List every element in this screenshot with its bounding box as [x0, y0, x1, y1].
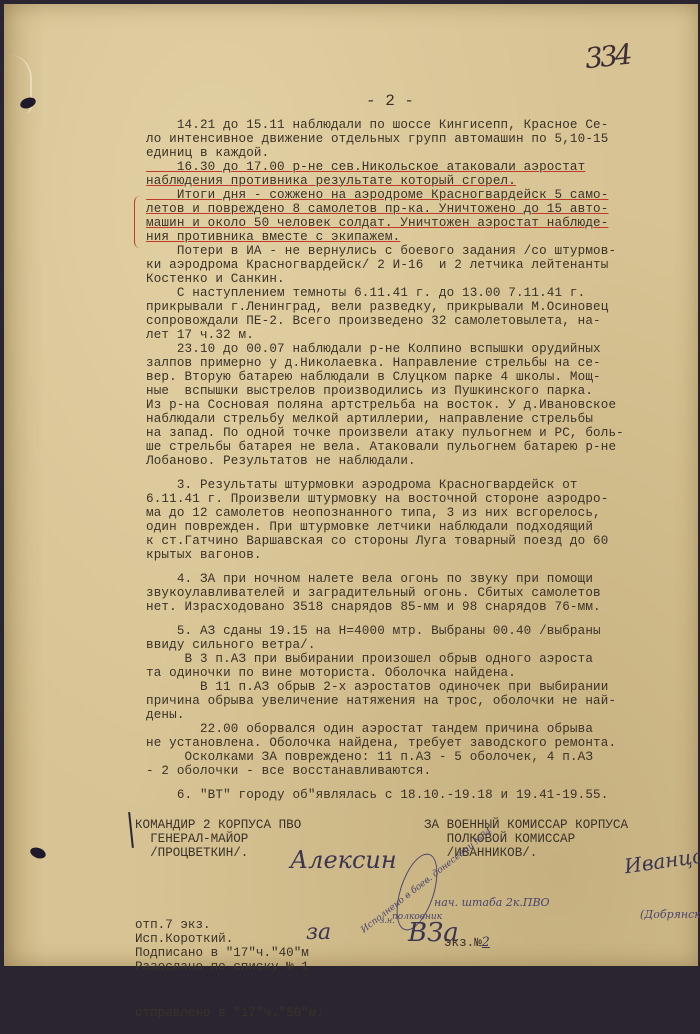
- text-line: 4. ЗА при ночном налете вела огонь по зв…: [146, 572, 694, 586]
- margin-mark: [134, 196, 143, 248]
- archive-page-number: 334: [583, 38, 631, 75]
- text-line: к ст.Гатчино Варшавская со стороны Луга …: [146, 534, 694, 548]
- report-paragraph: 23.10 до 00.07 наблюдали р-не Колпино вс…: [146, 342, 694, 468]
- report-paragraph: 4. ЗА при ночном налете вела огонь по зв…: [146, 572, 694, 614]
- text-line: ные вспышки выстрелов производились из П…: [146, 384, 694, 398]
- text-line: Итоги дня - сожжено на аэродроме Красног…: [146, 188, 694, 202]
- text-line: лет 17 ч.32 м.: [146, 328, 694, 342]
- text-line: вер. Вторую батарею наблюдали в Слуцком …: [146, 370, 694, 384]
- text-line: залпов примерно у д.Николаевка. Направле…: [146, 356, 694, 370]
- text-line: - 2 оболочки - все восстанавливаются.: [146, 764, 694, 778]
- text-line: нет. Израсходовано 3518 снарядов 85-мм и…: [146, 600, 694, 614]
- report-paragraph: Потери в ИА - не вернулись с боевого зад…: [146, 244, 694, 286]
- text-line: единиц в каждой.: [146, 146, 694, 160]
- text-line: та одиночки по вине моториста. Оболочка …: [146, 666, 694, 680]
- copy-number-value: 2: [482, 934, 490, 949]
- text-line: 5. АЗ сданы 19.15 на Н=4000 мтр. Выбраны…: [146, 624, 694, 638]
- text-line: Лобаново. Результатов не наблюдали.: [146, 454, 694, 468]
- footer-line: Исп.Короткий.: [135, 932, 324, 946]
- text-line: 22.00 оборвался один аэростат тандем при…: [146, 722, 694, 736]
- report-body: 14.21 до 15.11 наблюдали по шоссе Кингис…: [146, 118, 694, 802]
- report-paragraph: 3. Результаты штурмовки аэродрома Красно…: [146, 478, 694, 562]
- text-line: крытых вагонов.: [146, 548, 694, 562]
- copy-number: экз.№2: [444, 934, 490, 950]
- distribution-footer: отп.7 экз.Исп.Короткий.Подписано в "17"ч…: [135, 890, 324, 973]
- text-line: 14.21 до 15.11 наблюдали по шоссе Кингис…: [146, 118, 694, 132]
- text-line: не установлена. Оболочка найдена, требуе…: [146, 736, 694, 750]
- text-line: 3. Результаты штурмовки аэродрома Красно…: [146, 478, 694, 492]
- footer-line: отп.7 экз.: [135, 918, 324, 932]
- text-line: Потери в ИА - не вернулись с боевого зад…: [146, 244, 694, 258]
- footer-line: Подписано в "17"ч."40"м: [135, 946, 324, 960]
- report-paragraph: 22.00 оборвался один аэростат тандем при…: [146, 722, 694, 778]
- handwritten-signature-commander: Алексин: [290, 846, 397, 874]
- text-line: В 3 п.АЗ при выбирании произошел обрыв о…: [146, 652, 694, 666]
- text-line: наблюдали стрельбу мелкой артиллерии, на…: [146, 412, 694, 426]
- text-line: ввиду сильного ветра/.: [146, 638, 694, 652]
- commander-signature-block: КОМАНДИР 2 КОРПУСА ПВО ГЕНЕРАЛ-МАЙОР /ПР…: [135, 818, 301, 860]
- text-line: Из р-на Сосновая поляна артстрельба на в…: [146, 398, 694, 412]
- text-line: ло интенсивное движение отдельных групп …: [146, 132, 694, 146]
- footer-line: Разослано по списку № 1: [135, 960, 324, 973]
- handwritten-chief-of-staff-note: нач. штаба 2к.ПВО: [434, 896, 550, 909]
- text-line: 23.10 до 00.07 наблюдали р-не Колпино вс…: [146, 342, 694, 356]
- text-line: Осколками ЗА повреждено: 11 п.АЗ - 5 обо…: [146, 750, 694, 764]
- text-line: ния противника вместе с экипажем.: [146, 230, 694, 244]
- signature-line: ПОЛКОВОЙ КОМИССАР: [424, 832, 628, 846]
- text-line: С наступлением темноты 6.11.41 г. до 13.…: [146, 286, 694, 300]
- text-line: Костенко и Санкин.: [146, 272, 694, 286]
- signature-line: ЗА ВОЕННЫЙ КОМИССАР КОРПУСА: [424, 818, 628, 832]
- report-paragraph: С наступлением темноты 6.11.41 г. до 13.…: [146, 286, 694, 342]
- report-paragraph: 14.21 до 15.11 наблюдали по шоссе Кингис…: [146, 118, 694, 160]
- text-line: летов и повреждено 8 самолетов пр-ка. Ун…: [146, 202, 694, 216]
- text-line: В 11 п.АЗ обрыв 2-х аэростатов одиночек …: [146, 680, 694, 694]
- text-line: ше стрельбы батарея не вела. Атаковали п…: [146, 440, 694, 454]
- text-line: дены.: [146, 708, 694, 722]
- text-line: звукоулавливателей и заградительный огон…: [146, 586, 694, 600]
- page-number: - 2 -: [366, 92, 414, 110]
- report-paragraph: 5. АЗ сданы 19.15 на Н=4000 мтр. Выбраны…: [146, 624, 694, 722]
- handwritten-small-note: з.н.: [380, 916, 395, 925]
- text-line: наблюдения противника результате который…: [146, 174, 694, 188]
- text-line: причина обрыва увеличение натяжения на т…: [146, 694, 694, 708]
- text-line: ки аэродрома Красногвардейск/ 2 И-16 и 2…: [146, 258, 694, 272]
- text-line: 6.11.41 г. Произвели штурмовку на восточ…: [146, 492, 694, 506]
- text-line: на запад. По одной точке произвели атаку…: [146, 426, 694, 440]
- text-line: прикрывали г.Ленинград, вели разведку, п…: [146, 300, 694, 314]
- signature-line: /ПРОЦВЕТКИН/.: [135, 846, 301, 860]
- binding-hole: [29, 846, 47, 861]
- text-line: машин и около 50 человек солдат. Уничтож…: [146, 216, 694, 230]
- report-paragraph: Итоги дня - сожжено на аэродроме Красног…: [146, 188, 694, 244]
- text-line: один поврежден. При штурмовке летчики на…: [146, 520, 694, 534]
- text-line: сопровождали ПЕ-2. Всего произведено 32 …: [146, 314, 694, 328]
- signature-line: КОМАНДИР 2 КОРПУСА ПВО: [135, 818, 301, 832]
- report-paragraph: 16.30 до 17.00 р-не сев.Никольское атако…: [146, 160, 694, 188]
- signature-line: ГЕНЕРАЛ-МАЙОР: [135, 832, 301, 846]
- text-line: 16.30 до 17.00 р-не сев.Никольское атако…: [146, 160, 694, 174]
- text-line: 6. "ВТ" городу об"являлась с 18.10.-19.1…: [146, 788, 694, 802]
- handwritten-name-note: (Добрянский): [640, 908, 700, 921]
- text-line: ма до 12 самолетов неопознанного типа, 3…: [146, 506, 694, 520]
- report-paragraph: 6. "ВТ" городу об"являлась с 18.10.-19.1…: [146, 788, 694, 802]
- copy-label: экз.№: [444, 936, 482, 950]
